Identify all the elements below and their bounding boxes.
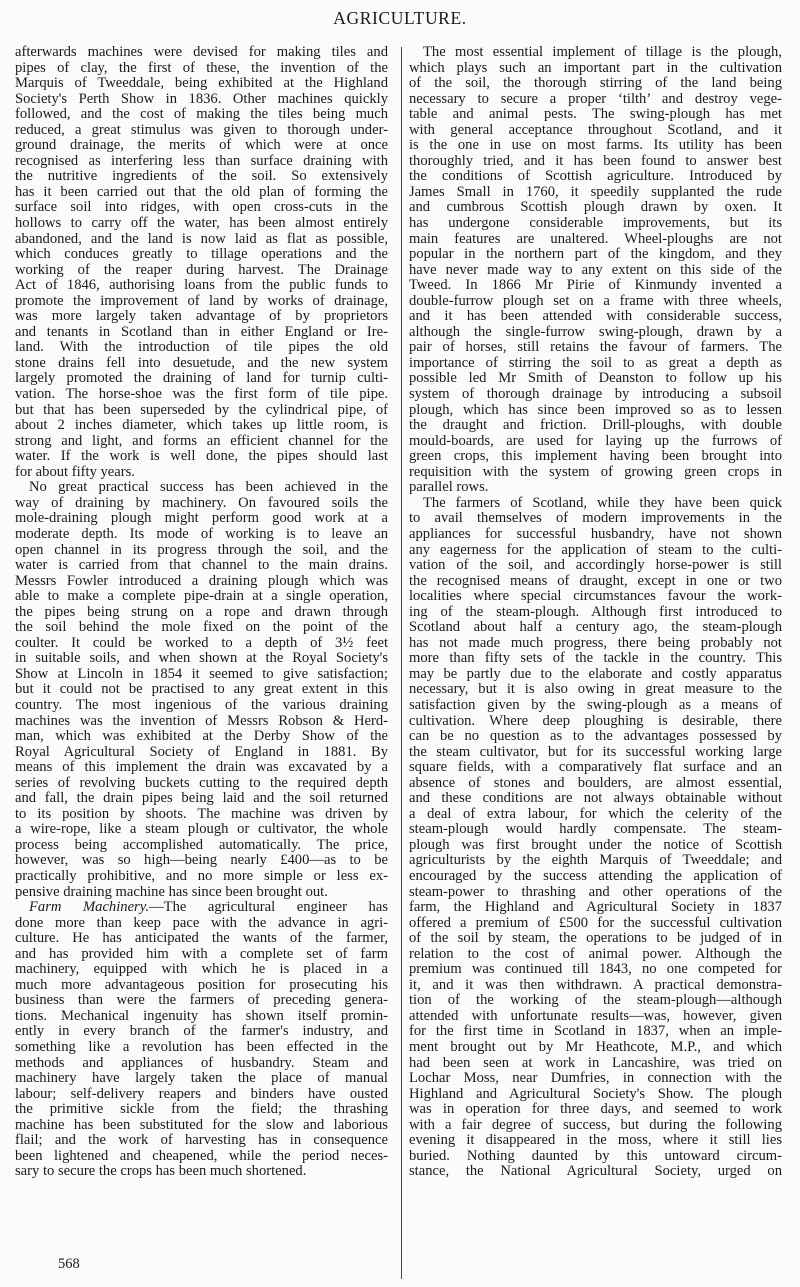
text-line: importance of stirring the soil to as gr… bbox=[409, 356, 782, 372]
text-line: the draught and friction. Drill-ploughs,… bbox=[409, 418, 782, 434]
text-line: requisition with the system of growing g… bbox=[409, 465, 782, 481]
text-line: had been seen at work in Lancashire, was… bbox=[409, 1056, 782, 1072]
text-line: the primitive sickle from the field; the… bbox=[15, 1102, 388, 1118]
text-line: cultivation. Where deep ploughing is des… bbox=[409, 714, 782, 730]
text-line: mole-draining plough might perform good … bbox=[15, 511, 388, 527]
text-line: machines was the invention of Messrs Rob… bbox=[15, 714, 388, 730]
text-line: was more largely taken advantage of by p… bbox=[15, 309, 388, 325]
text-line: but that has been superseded by the cyli… bbox=[15, 403, 388, 419]
text-line: however, was so high—being nearly £400—a… bbox=[15, 853, 388, 869]
text-line: country. The most ingenious of the vario… bbox=[15, 698, 388, 714]
text-line: has not made much progress, there being … bbox=[409, 636, 782, 652]
text-line: Messrs Fowler introduced a draining plou… bbox=[15, 574, 388, 590]
text-line: business than were the farmers of preced… bbox=[15, 993, 388, 1009]
text-line: of the soil by steam, the operations to … bbox=[409, 931, 782, 947]
text-line: popular in the northern part of the king… bbox=[409, 247, 782, 263]
text-line: the recognised means of draught, except … bbox=[409, 574, 782, 590]
text-line: Marquis of Tweeddale, being exhibited at… bbox=[15, 76, 388, 92]
text-line: table and animal pests. The swing-plough… bbox=[409, 107, 782, 123]
text-line: machinery have largely taken the place o… bbox=[15, 1071, 388, 1087]
text-line: absence of stones and boulders, are almo… bbox=[409, 776, 782, 792]
text-line: Royal Agricultural Society of England in… bbox=[15, 745, 388, 761]
text-line: been lightened and cheapened, while the … bbox=[15, 1149, 388, 1165]
text-line: with general acceptance throughout Scotl… bbox=[409, 123, 782, 139]
text-line: farm, the Highland and Agricultural Soci… bbox=[409, 900, 782, 916]
text-line: something like a revolution has been eff… bbox=[15, 1040, 388, 1056]
text-line: man, which was exhibited at the Derby Sh… bbox=[15, 729, 388, 745]
text-line: the nutritive ingredients of the soil. S… bbox=[15, 169, 388, 185]
text-line: Society's Perth Show in 1836. Other mach… bbox=[15, 92, 388, 108]
text-line: mould-boards, are used for laying up the… bbox=[409, 434, 782, 450]
text-line: land. With the introduction of tile pipe… bbox=[15, 340, 388, 356]
text-line: ment brought out by Mr Heathcote, M.P., … bbox=[409, 1040, 782, 1056]
text-line: flail; and the work of harvesting has in… bbox=[15, 1133, 388, 1149]
text-line: and fall, the drain pipes being laid and… bbox=[15, 791, 388, 807]
text-line: and these conditions are not always obta… bbox=[409, 791, 782, 807]
text-line: machine has been substituted for the slo… bbox=[15, 1118, 388, 1134]
text-line: in suitable soils, and when shown at the… bbox=[15, 651, 388, 667]
text-line: is the one in use on most farms. Its uti… bbox=[409, 138, 782, 154]
text-line: parallel rows. bbox=[409, 480, 782, 496]
text-line: have never made way to any extent on thi… bbox=[409, 263, 782, 279]
text-line: premium was continued till 1843, no one … bbox=[409, 962, 782, 978]
text-line: done more than keep pace with the advanc… bbox=[15, 916, 388, 932]
text-line: the pipes being strung on a rope and dra… bbox=[15, 605, 388, 621]
text-line: Act of 1846, authorising loans from the … bbox=[15, 278, 388, 294]
text-line: about 2 inches diameter, which takes up … bbox=[15, 418, 388, 434]
text-line: Highland and Agricultural Society's Show… bbox=[409, 1087, 782, 1103]
text-line: ing of the steam-plough. Although first … bbox=[409, 605, 782, 621]
text-line: buried. Nothing daunted by this untoward… bbox=[409, 1149, 782, 1165]
text-line: steam-power to thrashing and other opera… bbox=[409, 885, 782, 901]
text-line: encouraged by the success attending the … bbox=[409, 869, 782, 885]
text-line: localities where special circumstances f… bbox=[409, 589, 782, 605]
text-line: main features are unaltered. Wheel-ploug… bbox=[409, 232, 782, 248]
text-line: satisfaction given by the swing-plough a… bbox=[409, 698, 782, 714]
text-line: methods and appliances of husbandry. Ste… bbox=[15, 1056, 388, 1072]
text-line: means of this implement the drain was ex… bbox=[15, 760, 388, 776]
text-line: practically prohibitive, and no more sim… bbox=[15, 869, 388, 885]
text-line: tion of the working of the steam-plough—… bbox=[409, 993, 782, 1009]
text-line: labour; self-delivery reapers and binder… bbox=[15, 1087, 388, 1103]
text-line: tions. Mechanical ingenuity has shown it… bbox=[15, 1009, 388, 1025]
text-line: pipes of clay, the first of these, the i… bbox=[15, 61, 388, 77]
text-line: moderate depth. Its mode of working is t… bbox=[15, 527, 388, 543]
left-column: afterwards machines were devised for mak… bbox=[15, 45, 388, 1180]
text-line: series of revolving buckets cutting to t… bbox=[15, 776, 388, 792]
text-line: able to make a complete pipe-drain at a … bbox=[15, 589, 388, 605]
text-line: the steam cultivator, but for its succes… bbox=[409, 745, 782, 761]
text-line: system of thorough drainage by introduci… bbox=[409, 387, 782, 403]
text-line: largely promoted the draining of land fo… bbox=[15, 371, 388, 387]
text-line: sary to secure the crops has been much s… bbox=[15, 1164, 388, 1180]
text-line: necessary to secure a proper ‘tilth’ and… bbox=[409, 92, 782, 108]
text-line: Tweed. In 1866 Mr Pirie of Kinmundy inve… bbox=[409, 278, 782, 294]
right-column: The most essential implement of tillage … bbox=[409, 45, 782, 1180]
text-line: and it has been attended with considerab… bbox=[409, 309, 782, 325]
text-line: may be partly due to the elaborate and c… bbox=[409, 667, 782, 683]
text-line: working of the reaper during harvest. Th… bbox=[15, 263, 388, 279]
text-line: vation of the soil, and accordingly hors… bbox=[409, 558, 782, 574]
text-line: was in operation for three days, and see… bbox=[409, 1102, 782, 1118]
text-line: and cumbrous Scottish plough drawn by ox… bbox=[409, 200, 782, 216]
text-line: process being accomplished automatically… bbox=[15, 838, 388, 854]
text-line: afterwards machines were devised for mak… bbox=[15, 45, 388, 61]
text-line: The most essential implement of tillage … bbox=[409, 45, 782, 61]
text-line: more than fifty sets of the tackle in th… bbox=[409, 651, 782, 667]
text-line: Farm Machinery.—The agricultural enginee… bbox=[15, 900, 388, 916]
text-line: vation. The horse-shoe was the first for… bbox=[15, 387, 388, 403]
text-line: the conditions of Scottish agriculture. … bbox=[409, 169, 782, 185]
text-line: promote the improvement of land by works… bbox=[15, 294, 388, 310]
text-line: can be no question as to the advantages … bbox=[409, 729, 782, 745]
text-line: but it could not be practised to any gre… bbox=[15, 682, 388, 698]
text-line: offered a premium of £500 for the succes… bbox=[409, 916, 782, 932]
text-line: followed, and the cost of making the til… bbox=[15, 107, 388, 123]
text-line: agriculturists by the eighth Marquis of … bbox=[409, 853, 782, 869]
text-line: strong and light, and forms an efficient… bbox=[15, 434, 388, 450]
page-title: AGRICULTURE. bbox=[0, 8, 800, 29]
text-line: much more advantageous position for pros… bbox=[15, 978, 388, 994]
text-line: open channel in its progress through the… bbox=[15, 543, 388, 559]
text-line: of the soil, the thorough stirring of th… bbox=[409, 76, 782, 92]
text-line: to avail themselves of modern improvemen… bbox=[409, 511, 782, 527]
text-line: ground drainage, the merits of which wer… bbox=[15, 138, 388, 154]
text-line: abandoned, and the land is now laid as f… bbox=[15, 232, 388, 248]
text-line: steam-plough would hardly compensate. Th… bbox=[409, 822, 782, 838]
text-line: and tenants in Scotland than in either E… bbox=[15, 325, 388, 341]
text-line: for the first time in Scotland in 1837, … bbox=[409, 1024, 782, 1040]
text-line: ently in every branch of the farmer's in… bbox=[15, 1024, 388, 1040]
text-line: water. If the work is well done, the pip… bbox=[15, 449, 388, 465]
text-line: which plays such an important part in th… bbox=[409, 61, 782, 77]
text-line: water is carried from that channel to th… bbox=[15, 558, 388, 574]
column-divider bbox=[401, 47, 402, 1279]
text-line: Lochar Moss, near Dumfries, in connectio… bbox=[409, 1071, 782, 1087]
text-line: thoroughly tried, and it has been found … bbox=[409, 154, 782, 170]
text-line: pair of horses, still retains the favour… bbox=[409, 340, 782, 356]
text-line: which conduces greatly to tillage operat… bbox=[15, 247, 388, 263]
text-line: Scotland about half a century ago, the s… bbox=[409, 620, 782, 636]
text-line: a wire-rope, like a steam plough or cult… bbox=[15, 822, 388, 838]
text-line: necessary, but it is also owing in great… bbox=[409, 682, 782, 698]
section-heading: Farm Machinery. bbox=[29, 899, 149, 915]
text-line: has undergone considerable improvements,… bbox=[409, 216, 782, 232]
text-line: No great practical success has been achi… bbox=[15, 480, 388, 496]
text-line: reduced, a great stimulus was given to t… bbox=[15, 123, 388, 139]
text-line: surface soil into ridges, with open cros… bbox=[15, 200, 388, 216]
text-line: with a fair degree of success, but durin… bbox=[409, 1118, 782, 1134]
text-line: possible led Mr Smith of Deanston to fol… bbox=[409, 371, 782, 387]
text-line: any eagerness for the application of ste… bbox=[409, 543, 782, 559]
text-line: stone drains fell into desuetude, and th… bbox=[15, 356, 388, 372]
text-line: relation to the cost of animal power. Al… bbox=[409, 947, 782, 963]
text-line: The farmers of Scotland, while they have… bbox=[409, 496, 782, 512]
text-line: although the single-furrow swing-plough,… bbox=[409, 325, 782, 341]
text-line: and has provided him with a complete set… bbox=[15, 947, 388, 963]
text-line: culture. He has anticipated the wants of… bbox=[15, 931, 388, 947]
text-line: a deal of extra labour, for which the ce… bbox=[409, 807, 782, 823]
text-line: James Small in 1760, it speedily supplan… bbox=[409, 185, 782, 201]
text-line: evening it disappeared in the moss, wher… bbox=[409, 1133, 782, 1149]
text-line: for about fifty years. bbox=[15, 465, 388, 481]
text-line: plough was first brought under the notic… bbox=[409, 838, 782, 854]
text-line: has it been carried out that the old pla… bbox=[15, 185, 388, 201]
text-line: attended with unfortunate results—was, h… bbox=[409, 1009, 782, 1025]
text-line: pensive draining machine has since been … bbox=[15, 885, 388, 901]
text-line: stance, the National Agricultural Societ… bbox=[409, 1164, 782, 1180]
text-line: square fields, with a comparatively flat… bbox=[409, 760, 782, 776]
text-line: to its position by shoots. The machine w… bbox=[15, 807, 388, 823]
text-line: the soil behind the mole fixed on the po… bbox=[15, 620, 388, 636]
text-line: appliances for successful husbandry, hav… bbox=[409, 527, 782, 543]
text-line: recognised as interfering less than surf… bbox=[15, 154, 388, 170]
text-line: plough, which has since been improved so… bbox=[409, 403, 782, 419]
text-line: it, and it was then withdrawn. A practic… bbox=[409, 978, 782, 994]
text-line: coulter. It could be worked to a depth o… bbox=[15, 636, 388, 652]
text-line: machinery, equipped with which he is pla… bbox=[15, 962, 388, 978]
text-line: way of draining by machinery. On favoure… bbox=[15, 496, 388, 512]
text-line: double-furrow plough set on a frame with… bbox=[409, 294, 782, 310]
text-line: green crops, this implement having been … bbox=[409, 449, 782, 465]
text-line: hollows to carry off the water, has been… bbox=[15, 216, 388, 232]
page-number: 568 bbox=[58, 1256, 80, 1273]
text-line: Show at Lincoln in 1854 it seemed to giv… bbox=[15, 667, 388, 683]
